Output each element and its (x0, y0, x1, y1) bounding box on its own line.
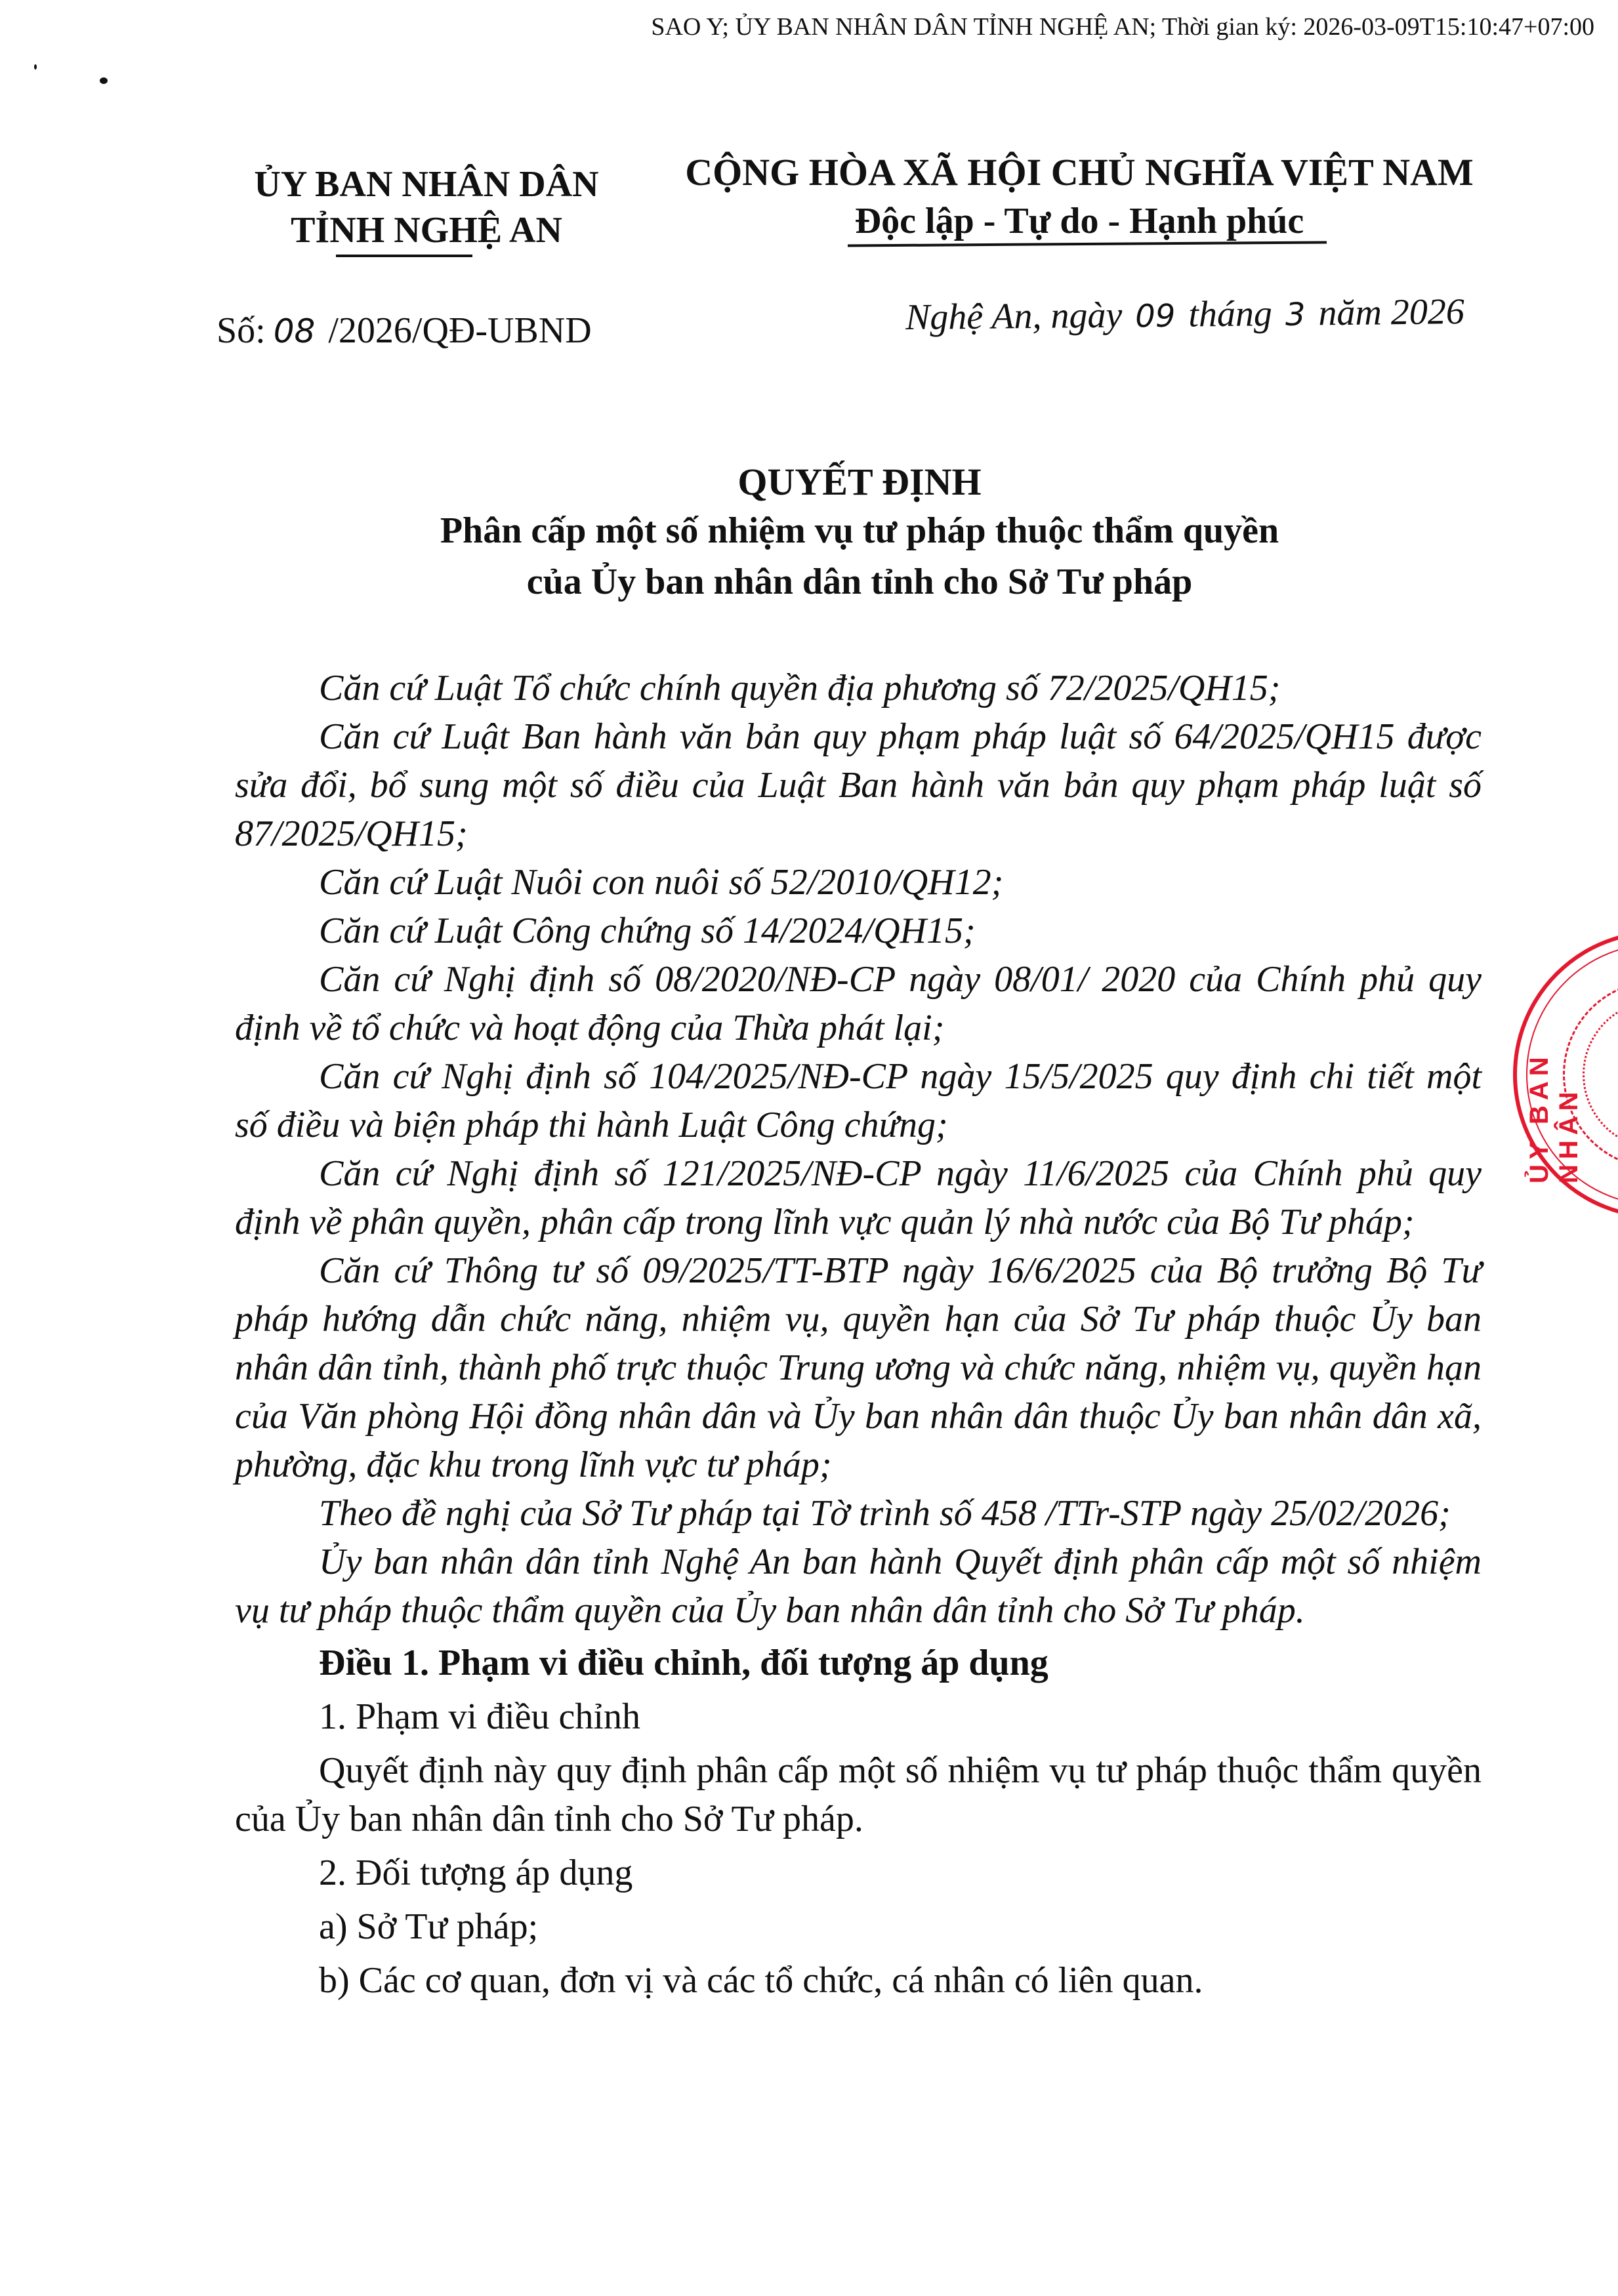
document-body: Căn cứ Luật Tổ chức chính quyền địa phươ… (235, 664, 1482, 2005)
legal-basis-6: Căn cứ Nghị định số 104/2025/NĐ-CP ngày … (235, 1052, 1482, 1149)
doc-number-label: Số: (217, 310, 266, 351)
scan-speck (100, 77, 108, 84)
doc-number-handwritten: 08 (274, 312, 316, 350)
legal-basis-3: Căn cứ Luật Nuôi con nuôi số 52/2010/QH1… (235, 858, 1482, 907)
legal-basis-5: Căn cứ Nghị định số 08/2020/NĐ-CP ngày 0… (235, 955, 1482, 1052)
national-title: CỘNG HÒA XÃ HỘI CHỦ NGHĨA VIỆT NAM (663, 148, 1496, 197)
issuer-line-2: TỈNH NGHỆ AN (217, 207, 636, 253)
clause-2-heading: 2. Đối tượng áp dụng (235, 1849, 1482, 1897)
clause-1-heading: 1. Phạm vi điều chỉnh (235, 1692, 1482, 1741)
enactment-statement: Ủy ban nhân dân tỉnh Nghệ An ban hành Qu… (235, 1538, 1482, 1635)
issuer-underline (336, 255, 472, 257)
legal-basis-4: Căn cứ Luật Công chứng số 14/2024/QH15; (235, 907, 1482, 955)
legal-basis-8: Căn cứ Thông tư số 09/2025/TT-BTP ngày 1… (235, 1246, 1482, 1489)
legal-basis-7: Căn cứ Nghị định số 121/2025/NĐ-CP ngày … (235, 1149, 1482, 1246)
official-seal-stamp: ỦY BAN NHÂN (1513, 930, 1618, 1219)
seal-text: ỦY BAN NHÂN (1525, 974, 1584, 1183)
date-month: 3 (1285, 297, 1306, 333)
article-1-heading: Điều 1. Phạm vi điều chỉnh, đối tượng áp… (235, 1639, 1482, 1687)
proposal-reference: Theo đề nghị của Sở Tư pháp tại Tờ trình… (235, 1489, 1482, 1538)
national-motto: Độc lập - Tự do - Hạnh phúc (663, 197, 1496, 245)
clause-2-item-b: b) Các cơ quan, đơn vị và các tổ chức, c… (235, 1956, 1482, 2005)
subject-line-1: Phân cấp một số nhiệm vụ tư pháp thuộc t… (217, 505, 1503, 556)
issuing-authority: ỦY BAN NHÂN DÂN TỈNH NGHỆ AN (217, 161, 636, 253)
document-title: QUYẾT ĐỊNH Phân cấp một số nhiệm vụ tư p… (217, 459, 1503, 607)
digital-signature-banner: SAO Y; ỦY BAN NHÂN DÂN TỈNH NGHỆ AN; Thờ… (651, 14, 1594, 39)
clause-2-item-a: a) Sở Tư pháp; (235, 1902, 1482, 1951)
national-heading: CỘNG HÒA XÃ HỘI CHỦ NGHĨA VIỆT NAM Độc l… (663, 148, 1496, 245)
scan-speck (34, 64, 37, 70)
date-year: 2026 (1391, 291, 1465, 333)
doc-type: QUYẾT ĐỊNH (217, 459, 1503, 505)
doc-number-suffix: /2026/QĐ-UBND (328, 310, 591, 351)
clause-1-text: Quyết định này quy định phân cấp một số … (235, 1746, 1482, 1843)
legal-basis-1: Căn cứ Luật Tổ chức chính quyền địa phươ… (235, 664, 1482, 712)
date-year-label: năm (1318, 292, 1382, 333)
date-place: Nghệ An, ngày (905, 295, 1123, 338)
document-date: Nghệ An, ngày 09 tháng 3 năm 2026 (905, 291, 1465, 338)
legal-basis-2: Căn cứ Luật Ban hành văn bản quy phạm ph… (235, 712, 1482, 858)
date-day: 09 (1135, 298, 1176, 335)
document-number: Số:08/2026/QĐ-UBND (217, 310, 592, 352)
date-month-label: tháng (1188, 293, 1272, 335)
issuer-line-1: ỦY BAN NHÂN DÂN (217, 161, 636, 207)
subject-line-2: của Ủy ban nhân dân tỉnh cho Sở Tư pháp (217, 556, 1503, 607)
